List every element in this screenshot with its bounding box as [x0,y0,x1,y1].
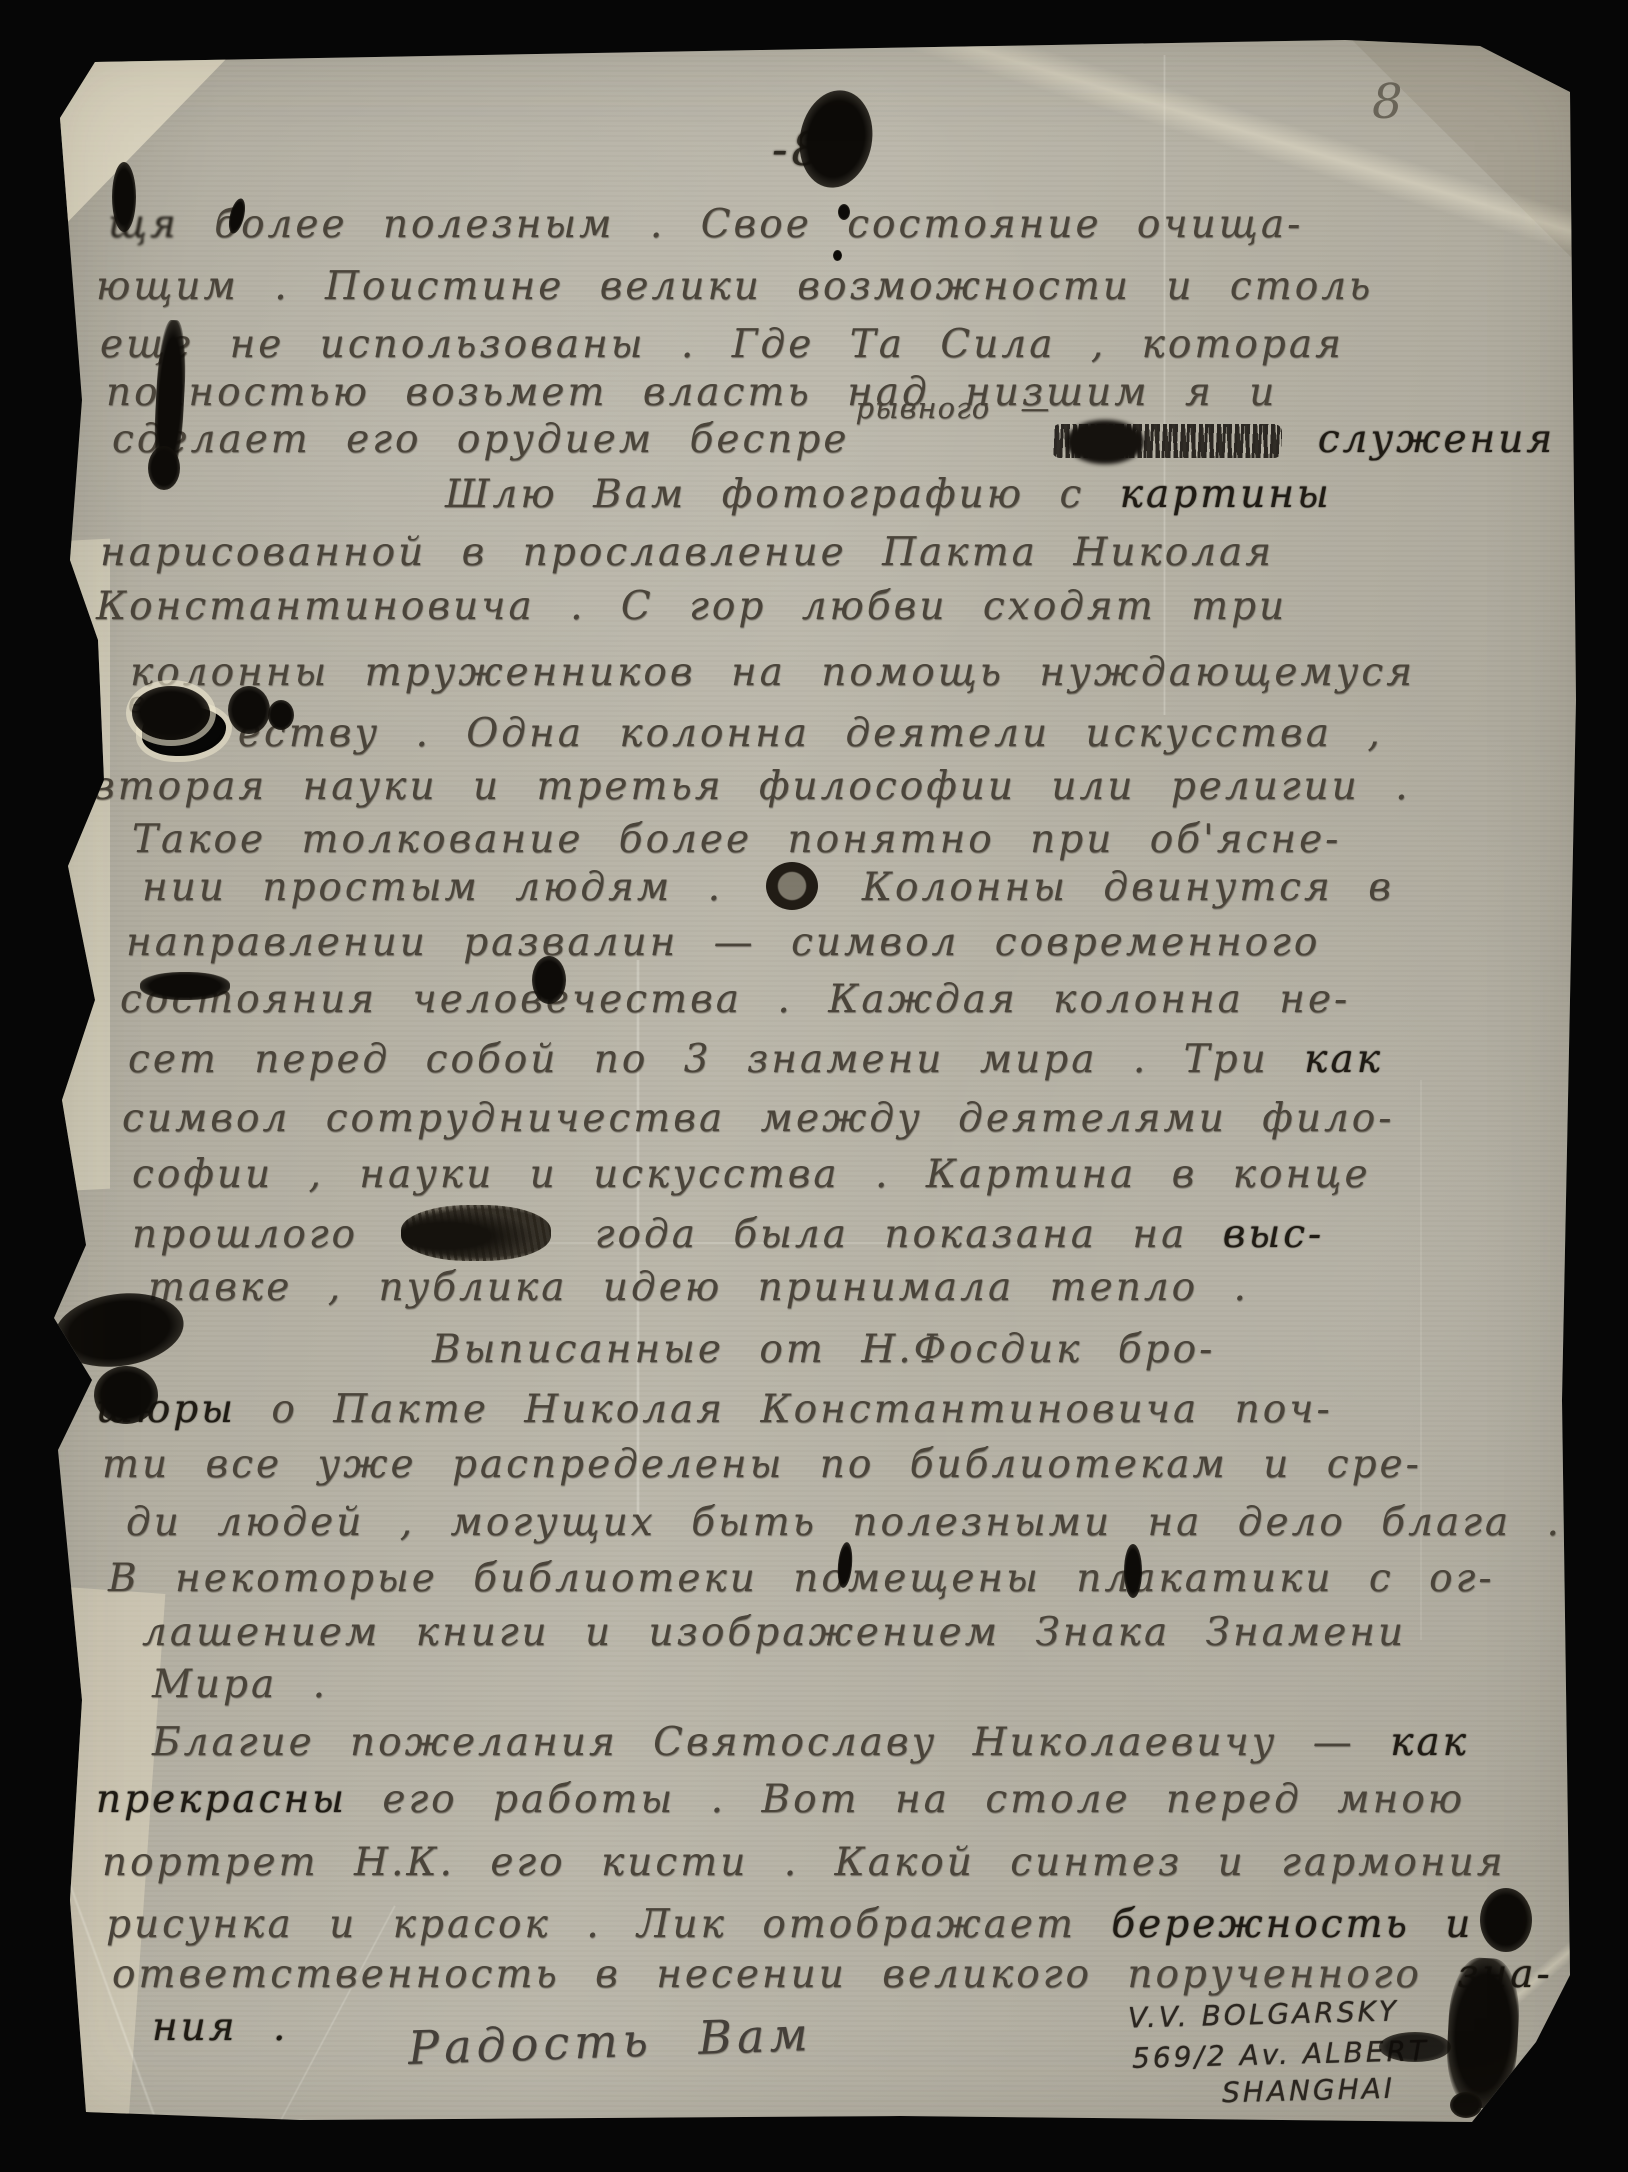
scanned-letter-page: -8- 8 щя более полезным . Свое состояние… [0,0,1628,2172]
handwritten-line: нарисованной в прославление Пакта Никола… [100,528,1274,578]
handwritten-line: тавке , публика идею принимала тепло . [148,1263,1249,1313]
handwritten-text: нарисованной в прославление Пакта Никола… [100,530,1274,575]
handwritten-text: тавке , публика идею принимала тепло . [148,1265,1249,1310]
handwritten-line: ния . [152,2003,288,2053]
handwritten-text: символ сотрудничества между деятелями фи… [122,1096,1394,1141]
handwritten-line: вторая науки и третья философии или рели… [92,762,1411,812]
ink-blot [401,1205,551,1261]
handwritten-text: служения . [1282,417,1606,462]
handwritten-line: Благие пожелания Святославу Николаевичу … [152,1718,1469,1768]
handwritten-text: еще не использованы . Где Та Сила , кото… [100,322,1344,367]
handwritten-text: зна- [1457,1952,1552,1997]
handwritten-text: щя [108,202,214,247]
handwritten-text: выс- [1223,1212,1324,1257]
handwritten-text: нии простым людям . [142,865,758,910]
handwritten-text: В некоторые библиотеки помещены плакатик… [108,1556,1495,1601]
handwritten-text: ющим . Поистине велики возможности и сто… [96,264,1373,309]
paper-crease [0,1654,159,2125]
handwritten-text: как [1390,1720,1469,1765]
handwritten-line: Константиновича . С гор любви сходят три [96,582,1287,632]
handwritten-line: ти все уже распределены по библиотекам и… [102,1440,1422,1490]
handwritten-text: его работы . Вот на столе перед мною [347,1777,1465,1822]
ink-drip [833,250,842,261]
handwritten-line: ющим . Поистине велики возможности и сто… [96,262,1373,312]
handwritten-line: ответственность в несении великого поруч… [112,1950,1553,2000]
handwritten-text: сет перед собой по 3 знамени мира . Три [128,1037,1304,1082]
handwritten-line: веству . Одна колонна деятели искусства … [122,706,1383,761]
handwritten-text: сделает его орудием беспре [112,417,849,462]
handwritten-line: шюры о Пакте Николая Константиновича поч… [96,1385,1333,1435]
handwritten-line: сделает его орудием беспрерывного — служ… [112,415,1606,467]
signature-city: SHANGHAI [1222,2072,1396,2110]
handwritten-text: состояния человечества . Каждая колонна … [120,977,1350,1022]
handwritten-text: картины [1120,472,1332,517]
handwritten-line: полностью возьмет власть над низшим я и [106,368,1277,418]
ink-scribble [1052,424,1282,458]
handwritten-line: Мира . [152,1660,328,1710]
tape-left-edge [56,539,110,1192]
handwritten-text: прекрасны [96,1777,347,1822]
paper-hole [142,706,226,756]
handwritten-text: Константиновича . С гор любви сходят три [96,584,1287,629]
handwritten-line: прекрасны его работы . Вот на столе пере… [96,1775,1465,1825]
paper-sheet: -8- 8 щя более полезным . Свое состояние… [0,0,1628,2172]
ink-blot [1480,1888,1532,1952]
handwritten-text: ния . [152,2005,288,2050]
handwritten-text: о Пакте Николая Константиновича поч- [236,1387,1333,1432]
ink-blot [1450,2092,1482,2118]
handwritten-line: ди людей , могущих быть полезными на дел… [126,1498,1562,1548]
handwritten-text: направлении развалин — символ современно… [126,920,1320,965]
handwritten-text: полностью возьмет власть над низшим я и [106,370,1277,415]
handwritten-line: нии простым людям . Колонны двинутся в [142,862,1394,913]
handwritten-line: состояния человечества . Каждая колонна … [120,975,1350,1025]
handwritten-text: софии , науки и искусства . Картина в ко… [132,1152,1371,1197]
handwritten-line: направлении развалин — символ современно… [126,918,1320,968]
handwritten-text: рисунка и красок . Лик отображает [106,1902,1111,1947]
handwritten-text: ди людей , могущих быть полезными на дел… [126,1500,1562,1545]
handwritten-line: Шлю Вам фотографию с картины [445,470,1332,520]
handwritten-text: портрет Н.К. его кисти . Какой синтез и … [102,1840,1506,1885]
handwritten-text: года была показана на [559,1212,1222,1257]
handwritten-line: портрет Н.К. его кисти . Какой синтез и … [102,1838,1506,1888]
ink-blot [766,862,818,910]
signature-address: 569/2 Av. ALBERT [1132,2034,1430,2075]
handwritten-text: как [1304,1037,1383,1082]
corner-page-number: 8 [1372,74,1403,130]
handwritten-text: Шлю Вам фотографию с [445,472,1120,517]
handwritten-line: В некоторые библиотеки помещены плакатик… [108,1554,1495,1604]
handwritten-text: вторая науки и третья философии или рели… [92,764,1411,809]
handwritten-text: Колонны двинутся в [826,865,1394,910]
handwritten-line: еще не использованы . Где Та Сила , кото… [100,320,1344,370]
handwritten-line: лашением книги и изображением Знака Знам… [142,1608,1406,1658]
handwritten-line: Такое толкование более понятно при об'яс… [132,815,1341,865]
handwritten-line: символ сотрудничества между деятелями фи… [122,1094,1394,1144]
inserted-word: в [128,677,146,727]
closing-salutation: Радость Вам [407,2007,813,2075]
handwritten-text: колонны труженников на помощь нуждающему… [130,650,1415,695]
handwritten-text: прошлого [132,1212,393,1257]
handwritten-line: щя более полезным . Свое состояние очища… [108,200,1303,250]
handwritten-line: прошлого года была показана на выс- [132,1205,1324,1261]
inserted-word: рывного — [855,383,1050,433]
signature-name: V.V. BOLGARSKY [1128,1994,1400,2034]
handwritten-text: Благие пожелания Святославу Николаевичу … [152,1720,1390,1765]
handwritten-text: бережность и [1111,1902,1473,1947]
handwritten-line: сет перед собой по 3 знамени мира . Три … [128,1035,1383,1085]
page-number: -8- [772,122,844,176]
handwritten-text: еству . Одна колонна деятели искусства , [238,711,1383,756]
handwritten-text: Такое толкование более понятно при об'яс… [132,817,1341,862]
handwritten-text: ответственность в несении великого поруч… [112,1952,1457,1997]
handwritten-line: рисунка и красок . Лик отображает бережн… [106,1900,1473,1950]
handwritten-text: шюры [96,1387,236,1432]
handwritten-text: лашением книги и изображением Знака Знам… [142,1610,1406,1655]
handwritten-text: Мира . [152,1662,328,1707]
handwritten-line: колонны труженников на помощь нуждающему… [130,648,1415,698]
handwritten-line: Выписанные от Н.Фосдик бро- [432,1325,1215,1375]
handwritten-text: Выписанные от Н.Фосдик бро- [432,1327,1215,1372]
handwritten-text: более полезным . Свое состояние очища- [214,202,1303,247]
handwritten-text: ти все уже распределены по библиотекам и… [102,1442,1422,1487]
handwritten-line: софии , науки и искусства . Картина в ко… [132,1150,1371,1200]
